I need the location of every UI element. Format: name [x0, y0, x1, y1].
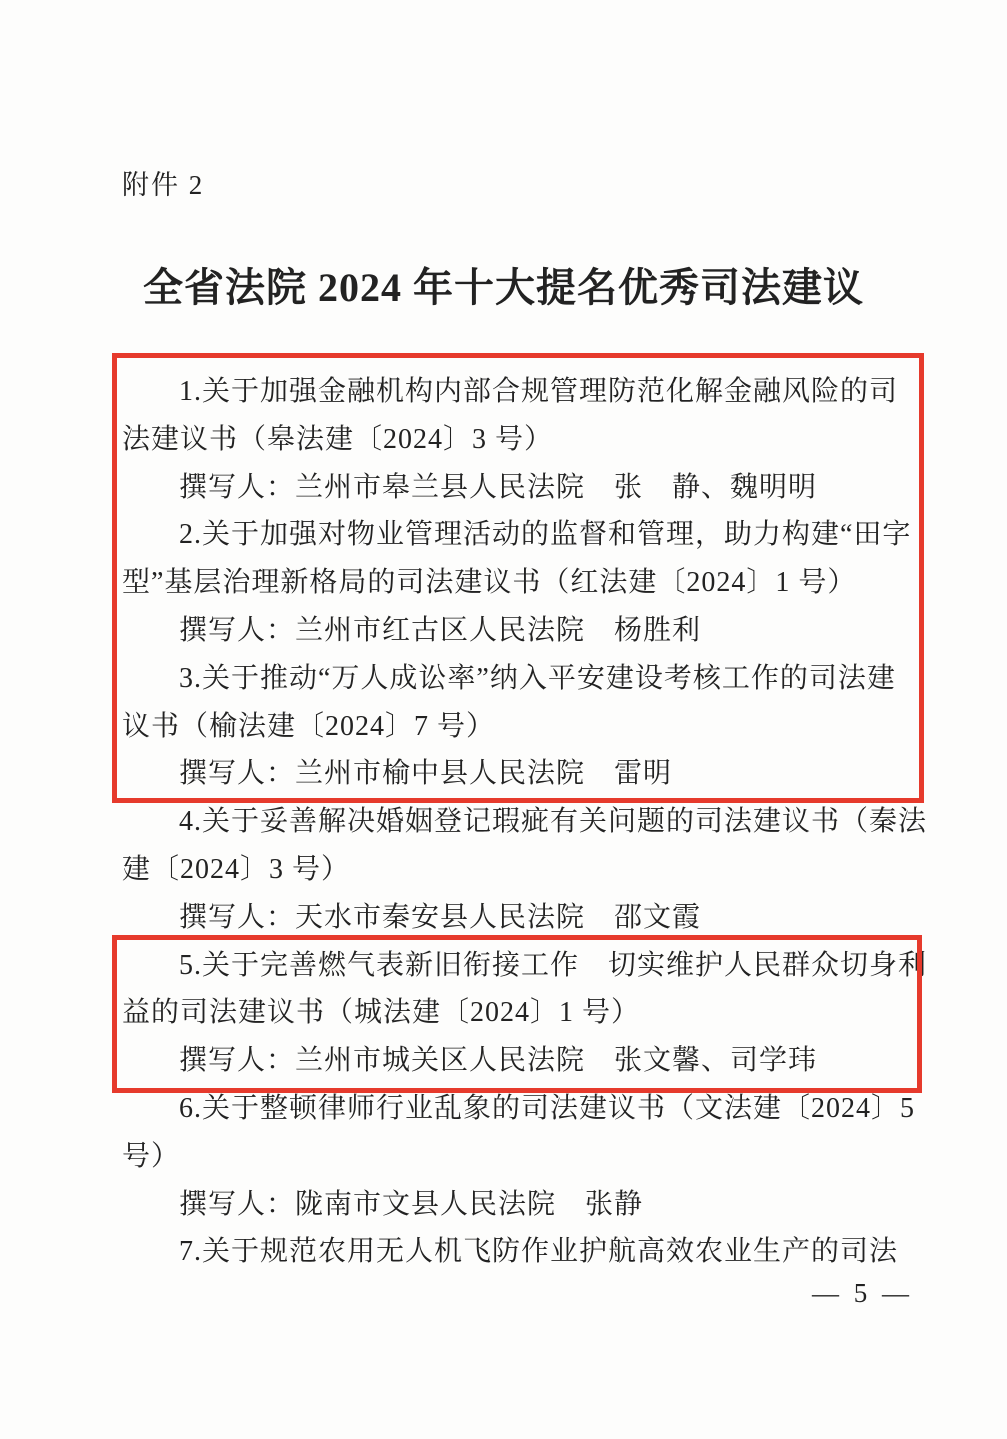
item-5-line-1: 5.关于完善燃气表新旧衔接工作 切实维护人民群众切身利 [122, 942, 922, 990]
item-1-line-2: 法建议书（皋法建〔2024〕3 号） [122, 416, 922, 464]
item-2-line-1: 2.关于加强对物业管理活动的监督和管理，助力构建“田字 [122, 511, 922, 559]
page-title: 全省法院 2024 年十大提名优秀司法建议 [0, 256, 1007, 313]
item-1-author-line: 撰写人：兰州市皋兰县人民法院 张 静、魏明明 [122, 464, 922, 512]
item-1-line-1: 1.关于加强金融机构内部合规管理防范化解金融风险的司 [122, 368, 922, 416]
attachment-label: 附件 2 [122, 163, 204, 202]
item-4-line-1: 4.关于妥善解决婚姻登记瑕疵有关问题的司法建议书（秦法 [122, 798, 922, 846]
item-7-line-1: 7.关于规范农用无人机飞防作业护航高效农业生产的司法 [122, 1228, 922, 1276]
item-5-author-line: 撰写人：兰州市城关区人民法院 张文馨、司学玮 [122, 1037, 922, 1085]
item-3-line-1: 3.关于推动“万人成讼率”纳入平安建设考核工作的司法建 [122, 655, 922, 703]
item-5-line-2: 益的司法建议书（城法建〔2024〕1 号） [122, 989, 922, 1037]
item-3-line-2: 议书（榆法建〔2024〕7 号） [122, 703, 922, 751]
item-6-author-line: 撰写人：陇南市文县人民法院 张静 [122, 1181, 922, 1229]
item-4-author-line: 撰写人：天水市秦安县人民法院 邵文霞 [122, 894, 922, 942]
document-page: 附件 2 全省法院 2024 年十大提名优秀司法建议 1.关于加强金融机构内部合… [0, 0, 1007, 1439]
item-2-author-line: 撰写人：兰州市红古区人民法院 杨胜利 [122, 607, 922, 655]
item-4-line-2: 建〔2024〕3 号） [122, 846, 922, 894]
item-6-line-2: 号） [122, 1133, 922, 1181]
page-number: — 5 — [812, 1278, 913, 1309]
item-2-line-2: 型”基层治理新格局的司法建议书（红法建〔2024〕1 号） [122, 559, 922, 607]
item-6-line-1: 6.关于整顿律师行业乱象的司法建议书（文法建〔2024〕5 [122, 1085, 922, 1133]
item-3-author-line: 撰写人：兰州市榆中县人民法院 雷明 [122, 750, 922, 798]
recommendation-list: 1.关于加强金融机构内部合规管理防范化解金融风险的司 法建议书（皋法建〔2024… [122, 368, 922, 1276]
